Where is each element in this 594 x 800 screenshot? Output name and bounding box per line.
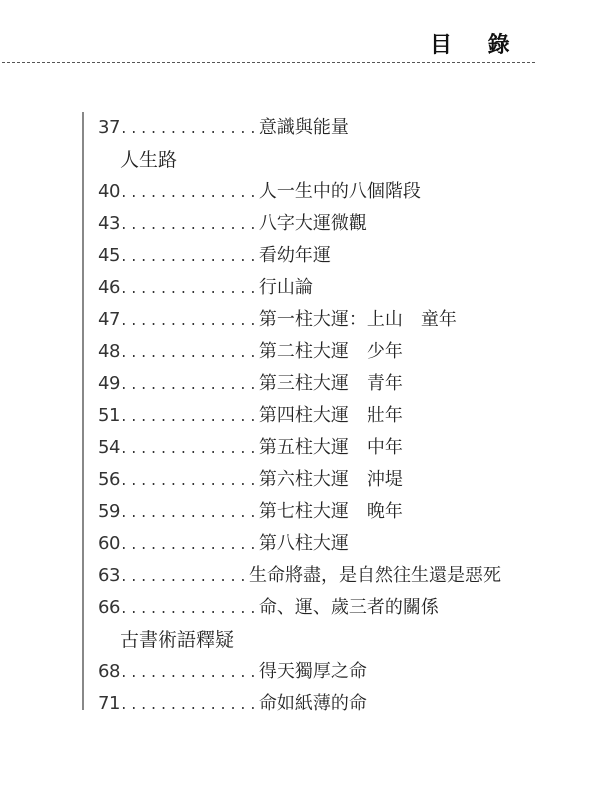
toc-entry[interactable]: 51..............第四柱大運 壯年: [98, 400, 568, 432]
toc-page-number: 56: [98, 464, 120, 496]
toc-entry[interactable]: 49..............第三柱大運 青年: [98, 368, 568, 400]
toc-entry[interactable]: 63.............生命將盡，是自然往生還是惡死: [98, 560, 568, 592]
toc-entry[interactable]: 54..............第五柱大運 中年: [98, 432, 568, 464]
toc-leader-dots: ..............: [120, 306, 259, 338]
toc-leader-dots: ..............: [120, 114, 259, 146]
toc-page-number: 37: [98, 112, 120, 144]
toc-page-number: 68: [98, 656, 120, 688]
toc-entry-title: 看幼年運: [259, 240, 331, 272]
toc-entry-title: 生命將盡，是自然往生還是惡死: [249, 560, 501, 592]
toc-leader-dots: .............: [120, 562, 249, 594]
toc-leader-dots: ..............: [120, 434, 259, 466]
toc-page-number: 60: [98, 528, 120, 560]
toc-page-number: 46: [98, 272, 120, 304]
toc-entry-title: 意識與能量: [259, 112, 349, 144]
toc-section-heading: 古書術語釋疑: [98, 624, 568, 656]
toc-page-number: 71: [98, 688, 120, 720]
toc-entry-title: 第三柱大運 青年: [259, 368, 403, 400]
toc-entry[interactable]: 40..............人一生中的八個階段: [98, 176, 568, 208]
toc-page-number: 47: [98, 304, 120, 336]
toc-entry-title: 命、運、歲三者的關係: [259, 592, 439, 624]
toc-entry-title: 人一生中的八個階段: [259, 176, 421, 208]
toc-entry-title: 行山論: [259, 272, 313, 304]
toc-entry-title: 第二柱大運 少年: [259, 336, 403, 368]
toc-entry-title: 命如紙薄的命: [259, 688, 367, 720]
toc-leader-dots: ..............: [120, 466, 259, 498]
toc-entry-title: 第四柱大運 壯年: [259, 400, 403, 432]
toc-entry[interactable]: 45..............看幼年運: [98, 240, 568, 272]
toc-entry[interactable]: 43..............八字大運微觀: [98, 208, 568, 240]
toc-page-number: 51: [98, 400, 120, 432]
toc-entry[interactable]: 59..............第七柱大運 晚年: [98, 496, 568, 528]
toc-leader-dots: ..............: [120, 690, 259, 722]
toc-page-number: 43: [98, 208, 120, 240]
toc-section-heading: 人生路: [98, 144, 568, 176]
page-title: 目 錄: [430, 33, 524, 59]
toc-leader-dots: ..............: [120, 210, 259, 242]
dashed-divider: [2, 62, 535, 63]
toc-leader-dots: ..............: [120, 594, 259, 626]
toc-entry[interactable]: 48..............第二柱大運 少年: [98, 336, 568, 368]
toc-entry[interactable]: 71..............命如紙薄的命: [98, 688, 568, 720]
toc-entry-title: 第八柱大運: [259, 528, 349, 560]
toc-entry[interactable]: 60..............第八柱大運: [98, 528, 568, 560]
toc-leader-dots: ..............: [120, 178, 259, 210]
toc-page-number: 59: [98, 496, 120, 528]
toc-page-number: 49: [98, 368, 120, 400]
toc-leader-dots: ..............: [120, 658, 259, 690]
toc-entry-title: 得天獨厚之命: [259, 656, 367, 688]
toc-leader-dots: ..............: [120, 242, 259, 274]
toc-leader-dots: ..............: [120, 498, 259, 530]
toc-entry[interactable]: 66.............. 命、運、歲三者的關係: [98, 592, 568, 624]
toc-page-number: 66: [98, 592, 120, 624]
toc-page-number: 54: [98, 432, 120, 464]
toc-page-number: 63: [98, 560, 120, 592]
toc-entry[interactable]: 68..............得天獨厚之命: [98, 656, 568, 688]
toc-leader-dots: ..............: [120, 530, 259, 562]
toc-entry-title: 第七柱大運 晚年: [259, 496, 403, 528]
table-of-contents: 37..............意識與能量 人生路 40............…: [98, 112, 568, 720]
toc-entry[interactable]: 56..............第六柱大運 沖堤: [98, 464, 568, 496]
toc-leader-dots: ..............: [120, 338, 259, 370]
toc-leader-dots: ..............: [120, 274, 259, 306]
toc-page-number: 45: [98, 240, 120, 272]
toc-leader-dots: ..............: [120, 402, 259, 434]
toc-entry[interactable]: 37..............意識與能量: [98, 112, 568, 144]
left-margin-rule: [82, 112, 84, 710]
toc-entry[interactable]: 47.............. 第一柱大運：上山 童年: [98, 304, 568, 336]
toc-leader-dots: ..............: [120, 370, 259, 402]
toc-page-number: 40: [98, 176, 120, 208]
toc-entry-title: 第一柱大運：上山 童年: [259, 304, 457, 336]
toc-page-number: 48: [98, 336, 120, 368]
toc-entry-title: 第五柱大運 中年: [259, 432, 403, 464]
toc-entry-title: 八字大運微觀: [259, 208, 367, 240]
toc-entry[interactable]: 46..............行山論: [98, 272, 568, 304]
toc-entry-title: 第六柱大運 沖堤: [259, 464, 403, 496]
